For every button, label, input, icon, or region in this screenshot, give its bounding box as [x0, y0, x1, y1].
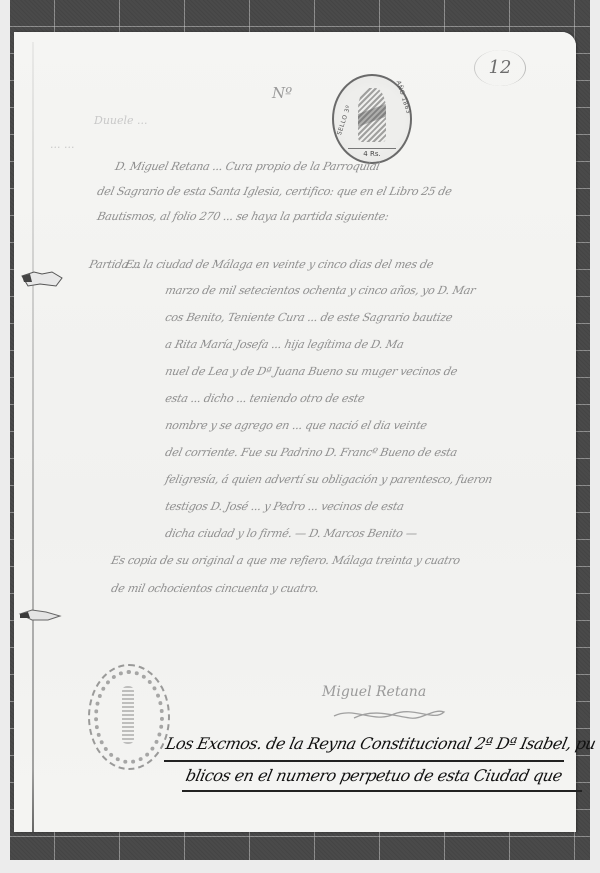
binding-ribbon-icon: [20, 268, 64, 290]
entry-line: cos Benito, Teniente Cura ... de este Sa…: [164, 311, 454, 324]
saint-figure-icon: [122, 686, 134, 744]
intro-line: del Sagrario de esta Santa Iglesia, cert…: [96, 185, 453, 198]
entry-line: del corriente. Fue su Padrino D. Francº …: [164, 446, 458, 459]
bottom-underline: [182, 790, 582, 792]
parish-seal: [88, 664, 170, 770]
seated-figure-icon: [358, 88, 386, 142]
entry-line: testigos D. José ... y Pedro ... vecinos…: [164, 500, 405, 513]
entry-line: nuel de Lea y de Dª Juana Bueno su muger…: [164, 365, 458, 378]
bottom-line: Los Excmos. de la Reyna Constitucional 2…: [164, 734, 597, 753]
page-margin-edge: [32, 42, 34, 832]
document-number-mark: Nº: [272, 84, 292, 102]
entry-line: marzo de mil setecientos ochenta y cinco…: [164, 284, 477, 297]
bottom-underline: [164, 760, 564, 762]
bottom-line: blicos en el numero perpetuo de esta Ciu…: [184, 766, 564, 785]
signature-text: Miguel Retana: [321, 684, 426, 700]
faded-header-line: Duuele ...: [94, 114, 148, 115]
stamp-value: 4 Rs.: [348, 148, 396, 158]
signature: Miguel Retana: [314, 672, 454, 732]
binding-ribbon-icon: [18, 604, 62, 626]
stamp-left-text: SELLO 3º: [336, 104, 352, 136]
intro-line: Bautismos, al folio 270 ... se haya la p…: [96, 210, 390, 223]
tax-stamp: SELLO 3º AÑO 1863 4 Rs.: [332, 74, 412, 164]
intro-line: D. Miguel Retana ... Cura propio de la P…: [114, 160, 381, 173]
closing-line: Es copia de su original a que me refiero…: [110, 554, 461, 567]
closing-line: de mil ochocientos cincuenta y cuatro.: [110, 582, 320, 595]
signature-flourish-icon: Miguel Retana: [314, 672, 454, 732]
entry-line: dicha ciudad y lo firmé. — D. Marcos Ben…: [164, 527, 418, 540]
entry-line: feligresía, á quien advertí su obligació…: [164, 473, 493, 486]
entry-line: En la ciudad de Málaga en veinte y cinco…: [124, 258, 435, 271]
folio-number: 12: [474, 50, 526, 86]
entry-line: a Rita María Josefa ... hija legítima de…: [164, 338, 405, 351]
faded-header-line: ... ...: [50, 138, 74, 139]
entry-line: esta ... dicho ... teniendo otro de este: [164, 392, 366, 405]
entry-line: nombre y se agrego en ... que nació el d…: [164, 419, 428, 432]
document-page: 12 Nº SELLO 3º AÑO 1863 4 Rs. Duuele ...…: [14, 32, 576, 832]
